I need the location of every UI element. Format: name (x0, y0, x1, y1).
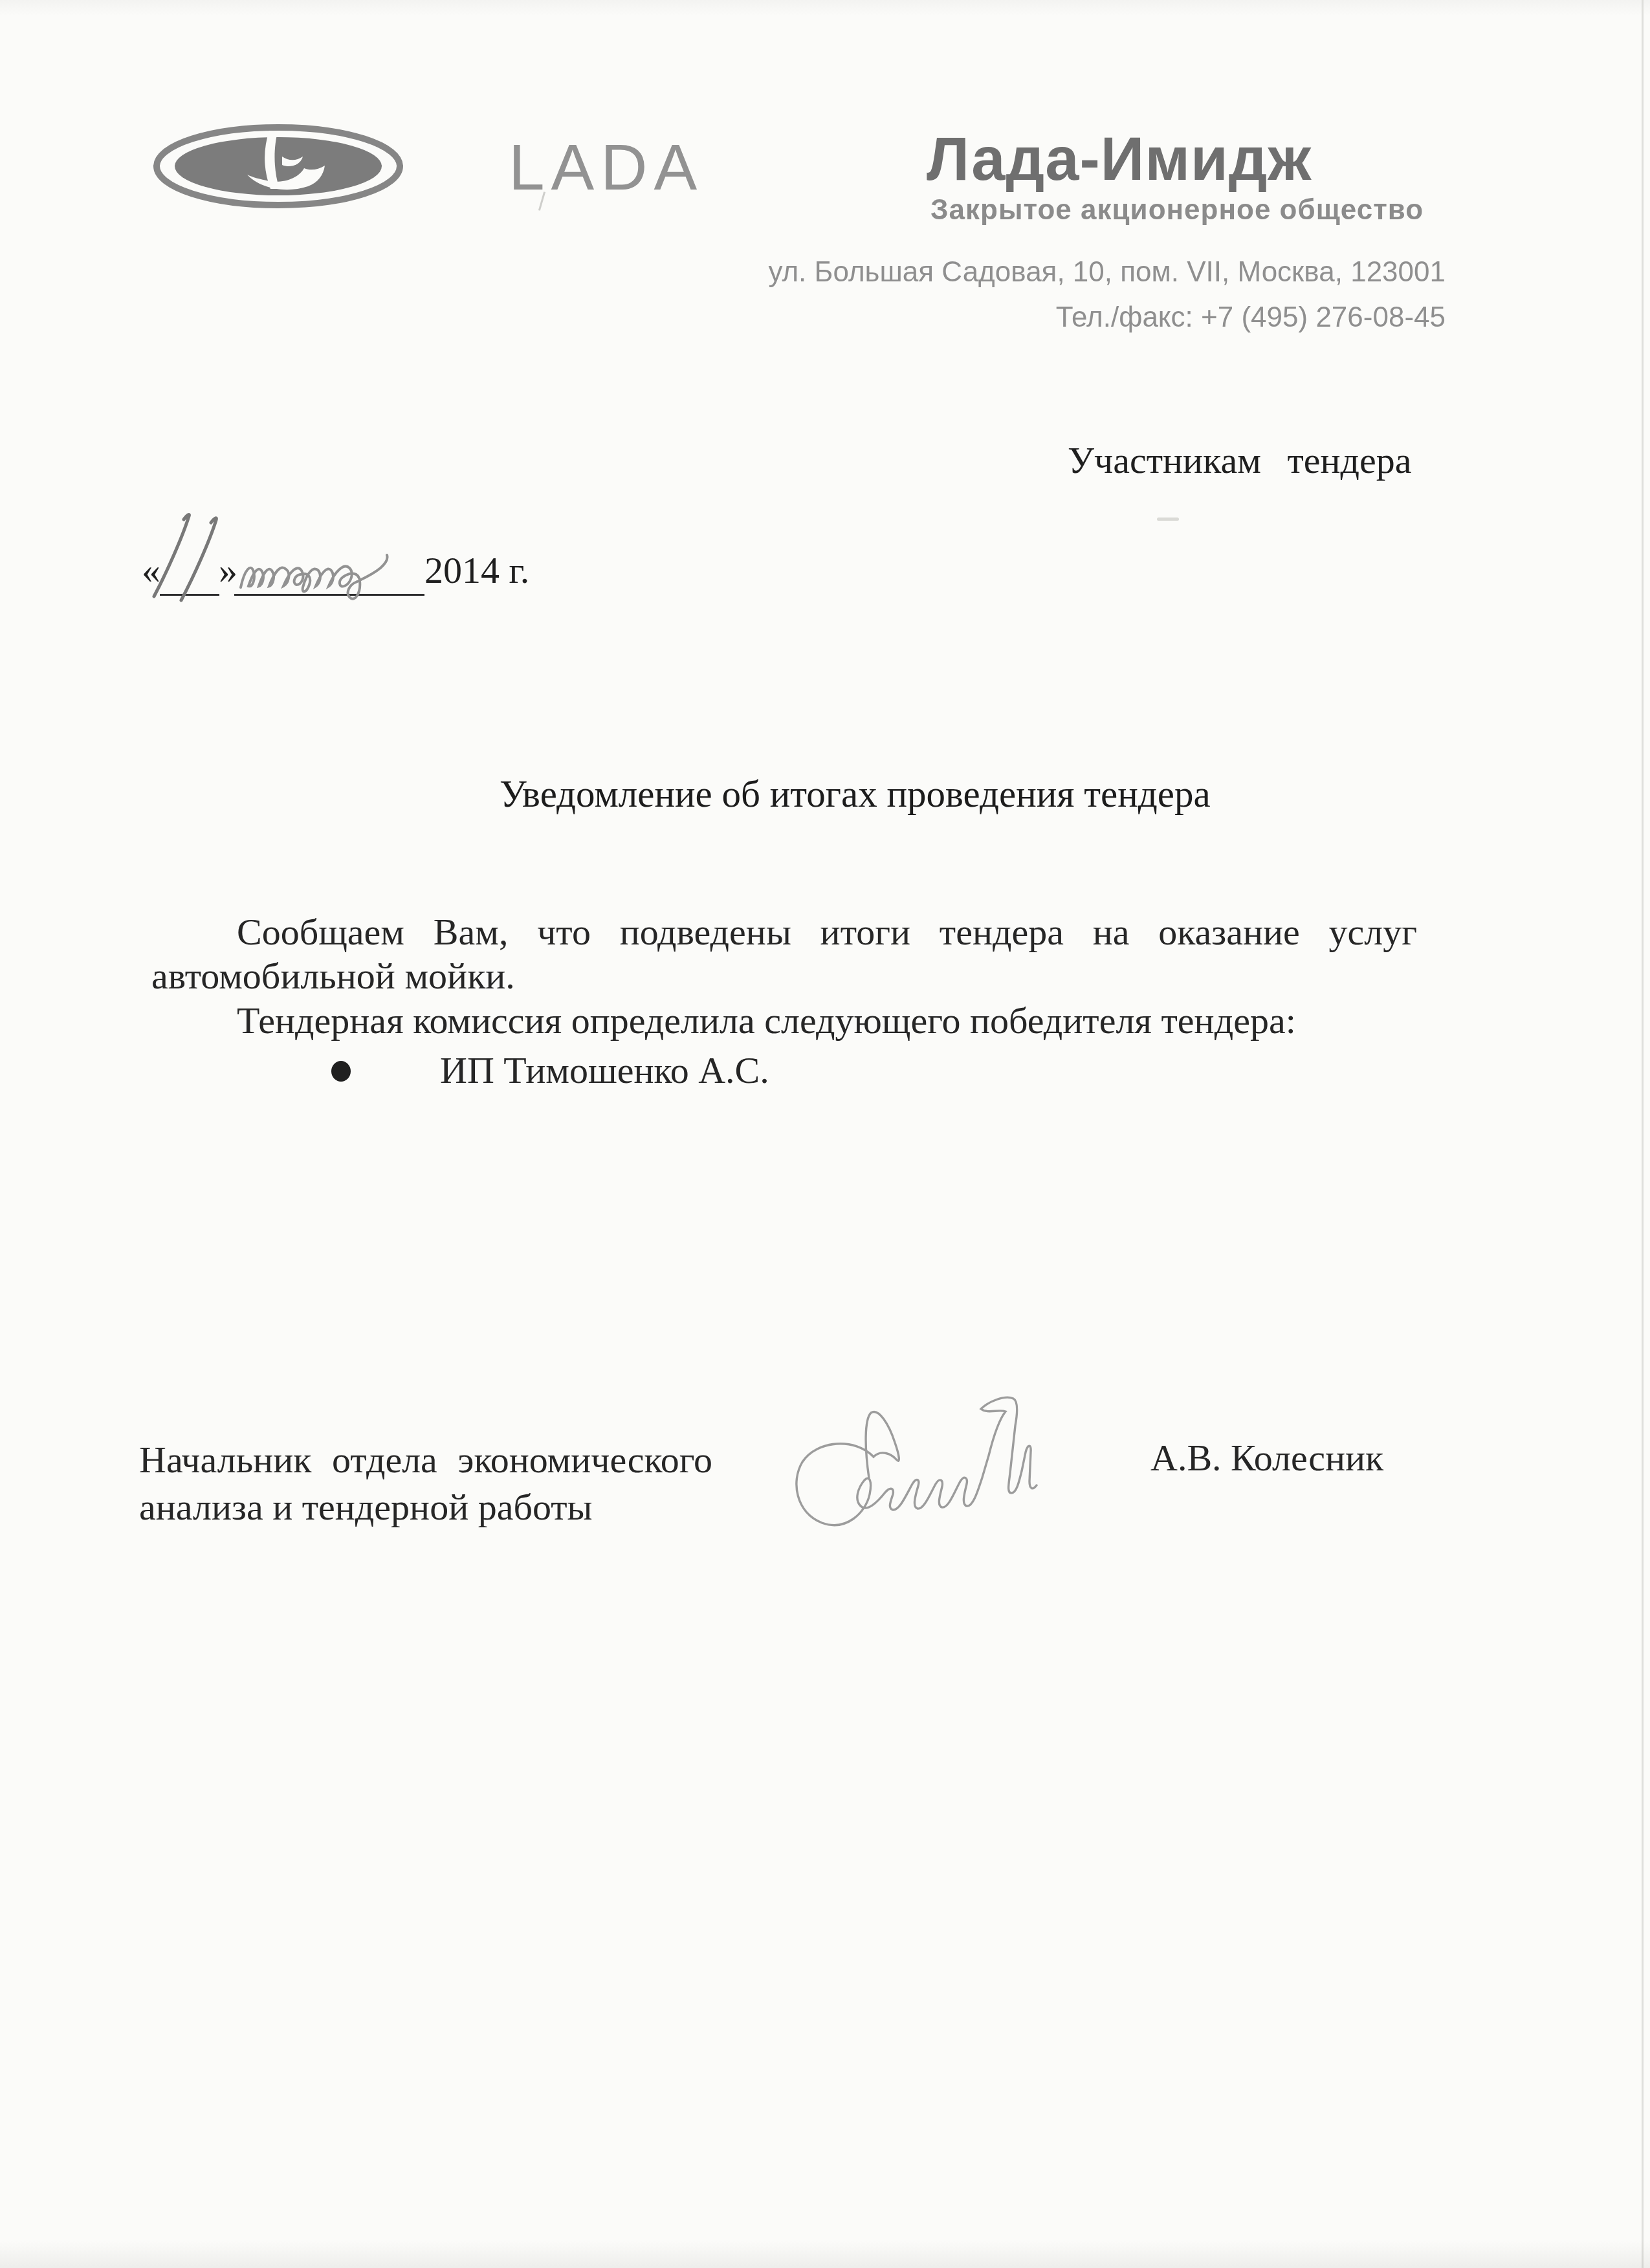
paragraph1-line1: Сообщаем Вам, что подведены итоги тендер… (151, 910, 1417, 954)
lada-logo-icon (150, 123, 406, 210)
phone-line: Тел./факс: +7 (495) 276-08-45 (768, 295, 1446, 340)
scan-artifact-speck (1157, 518, 1179, 521)
date-year: 2014 г. (424, 549, 529, 592)
signatory-job-title: Начальник отдела экономического анализа … (139, 1436, 712, 1531)
signature-scribble (791, 1386, 1050, 1562)
address-line: ул. Большая Садовая, 10, пом. VII, Москв… (768, 250, 1446, 295)
scan-artifact-bottom-band (0, 2241, 1650, 2268)
body-paragraph-1: Сообщаем Вам, что подведены итоги тендер… (151, 910, 1417, 998)
company-subtitle: Закрытое акционерное общество (930, 194, 1424, 226)
address-block: ул. Большая Садовая, 10, пом. VII, Москв… (768, 250, 1446, 340)
job-title-line2: анализа и тендерной работы (139, 1483, 712, 1531)
job-title-line1: Начальник отдела экономического (139, 1436, 712, 1483)
handwritten-month (236, 532, 430, 608)
scanned-letter-page: LADA Лада-Имидж Закрытое акционерное общ… (0, 0, 1650, 2268)
handwritten-day (148, 510, 223, 604)
bullet-item-winner: ИП Тимошенко А.С. (440, 1049, 769, 1092)
document-title: Уведомление об итогах проведения тендера (500, 772, 1211, 816)
signatory-name: А.В. Колесник (1150, 1436, 1383, 1479)
paragraph1-line2: автомобильной мойки. (151, 954, 1417, 998)
scan-artifact-top-band (0, 0, 1650, 16)
body-paragraph-2: Тендерная комиссия определила следующего… (237, 999, 1296, 1042)
recipient-line: Участникам тендера (1068, 439, 1412, 482)
brand-wordmark: LADA (509, 131, 703, 205)
company-name: Лада-Имидж (927, 124, 1312, 194)
bullet-marker (331, 1061, 351, 1082)
scan-artifact-right-edge (1642, 0, 1644, 2268)
